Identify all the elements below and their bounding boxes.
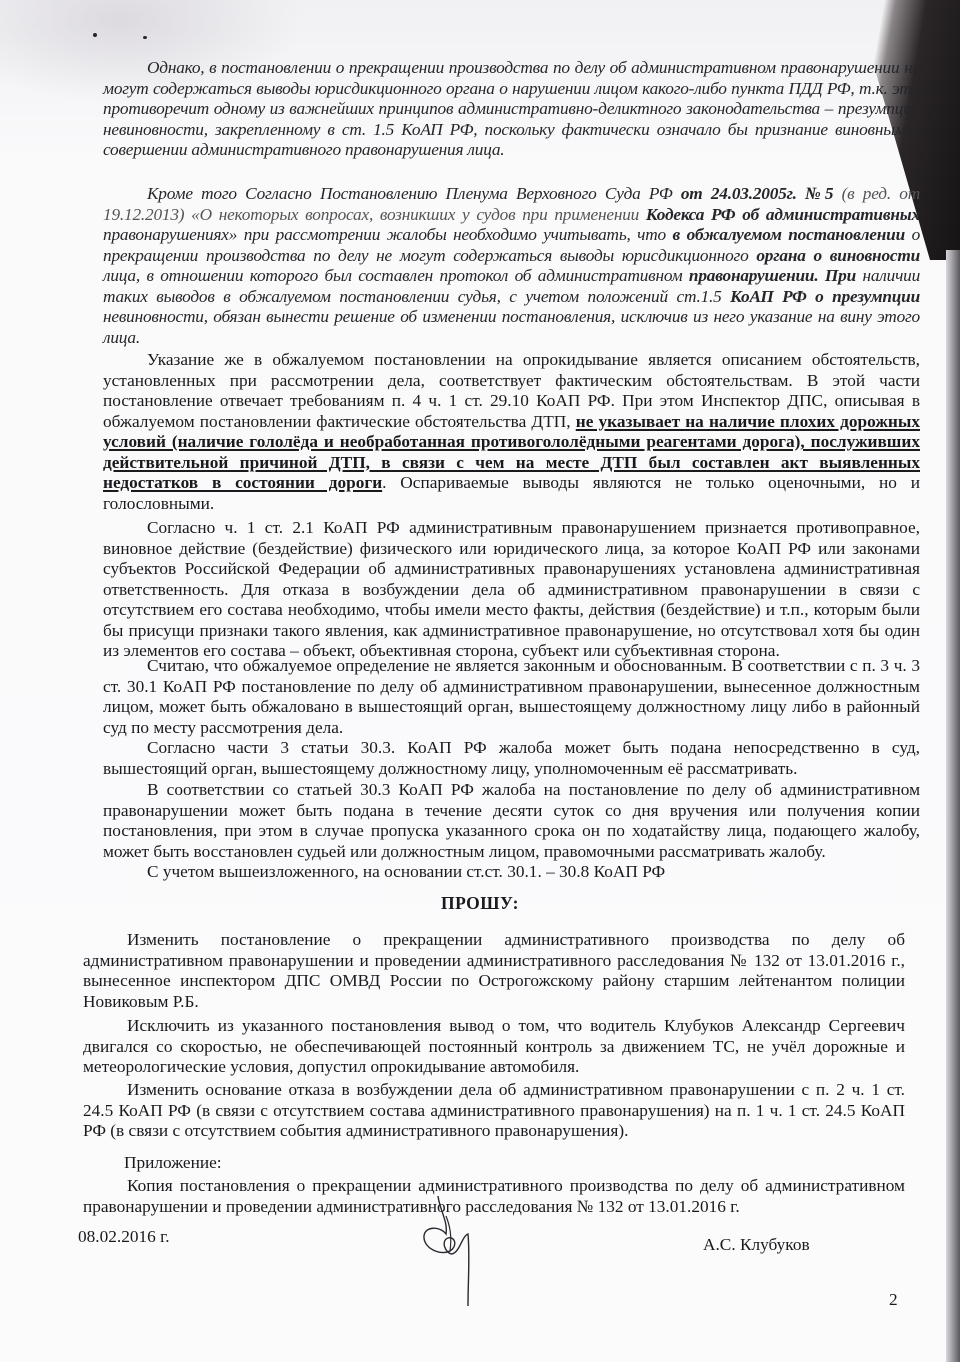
signer-name: А.С. Клубуков [703, 1235, 810, 1255]
document-page: Однако, в постановлении о прекращении пр… [0, 0, 960, 1362]
paragraph-rollover-description: Указание же в обжалуемом постановлении н… [103, 350, 920, 514]
paragraph-appeal-rights: Считаю, что обжалуемое определение не яв… [103, 656, 920, 738]
paragraph-presumption-of-innocence: Однако, в постановлении о прекращении пр… [103, 58, 920, 161]
attachment-text: Копия постановления о прекращении админи… [83, 1176, 905, 1217]
paragraph-definition-of-offense: Согласно ч. 1 ст. 2.1 КоАП РФ администра… [103, 518, 920, 662]
paragraph-based-on-articles: С учетом вышеизложенного, на основании с… [103, 862, 920, 883]
p2-text-13: невиновности, обязан вынести решение об … [103, 307, 920, 347]
handwritten-signature-icon [410, 1196, 490, 1306]
p2-bold-codex: Кодекса РФ об административных [646, 205, 920, 224]
request-item-change-grounds: Изменить основание отказа в возбуждении … [83, 1080, 905, 1142]
p2-bold-offense: правонарушении. При [689, 266, 856, 285]
p2-bold-date: от 24.03.2005г. №5 [681, 184, 833, 203]
p2-bold-presumption: КоАП РФ о презумпции [730, 287, 920, 306]
p2-bold-guilt: органа о виновности [756, 246, 920, 265]
p2-text-5: правонарушениях» при рассмотрении жалобы… [103, 225, 673, 244]
paragraph-complaint-filing: Согласно части 3 статьи 30.3. КоАП РФ жа… [103, 738, 920, 779]
attachment-label: Приложение: [124, 1153, 222, 1173]
document-date: 08.02.2016 г. [78, 1227, 170, 1247]
request-heading: ПРОШУ: [0, 893, 960, 914]
paragraph-ten-day-term: В соответствии со статьей 30.3 КоАП РФ ж… [103, 780, 920, 862]
p2-bold-appealed: в обжалуемом постановлении [673, 225, 905, 244]
p2-text-1: Кроме того Согласно Постановлению Пленум… [147, 184, 681, 203]
page-number: 2 [889, 1290, 898, 1310]
p2-text-9: лица, в отношении которого был составлен… [103, 266, 689, 285]
request-item-change-resolution: Изменить постановление о прекращении адм… [83, 930, 905, 1012]
paragraph-plenum-resolution: Кроме того Согласно Постановлению Пленум… [103, 184, 920, 348]
request-item-exclude-conclusion: Исключить из указанного постановления вы… [83, 1016, 905, 1078]
